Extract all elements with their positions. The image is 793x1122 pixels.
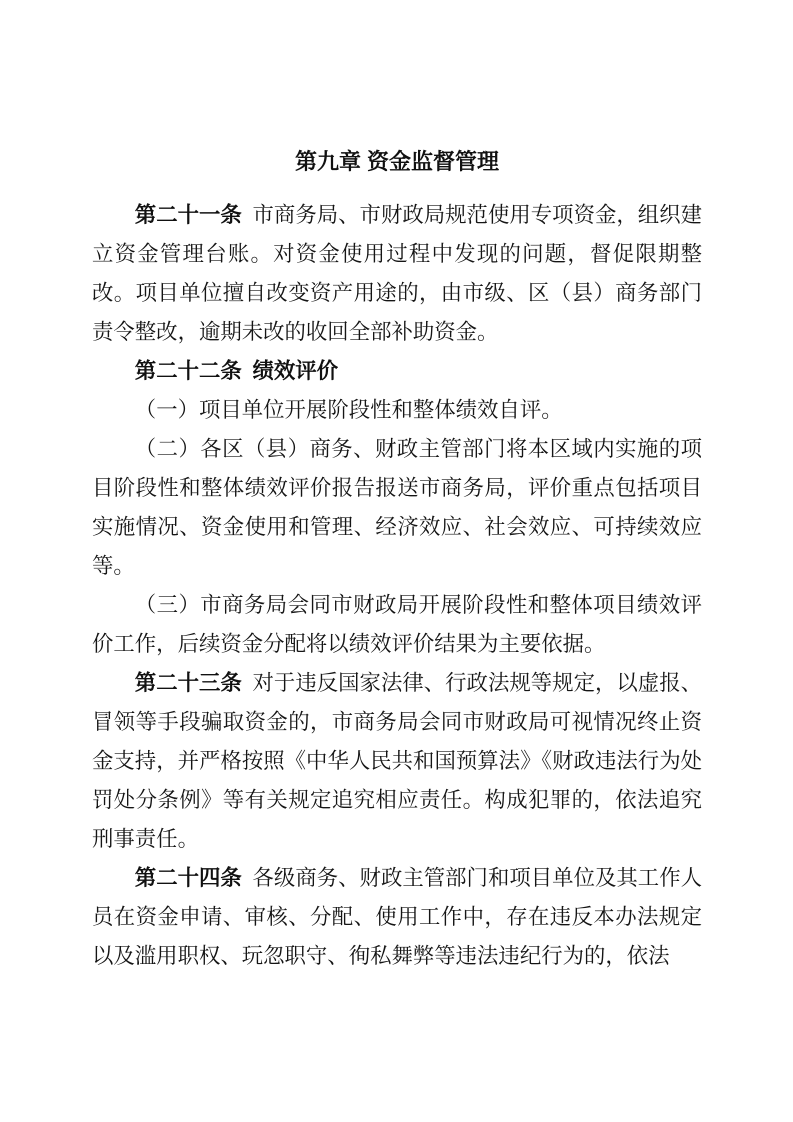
article-22-item-3: （三）市商务局会同市财政局开展阶段性和整体项目绩效评价工作，后续资金分配将以绩效… <box>92 586 702 664</box>
document-body: 第二十一条市商务局、市财政局规范使用专项资金，组织建立资金管理台账。对资金使用过… <box>92 196 702 976</box>
article-22-heading: 第二十二条绩效评价 <box>92 352 702 391</box>
article-22-item-2-text: （二）各区（县）商务、财政主管部门将本区域内实施的项目阶段性和整体绩效评价报告报… <box>92 437 702 578</box>
chapter-title: 第九章 资金监督管理 <box>92 142 702 182</box>
article-22-item-3-text: （三）市商务局会同市财政局开展阶段性和整体项目绩效评价工作，后续资金分配将以绩效… <box>92 593 702 656</box>
article-23-label: 第二十三条 <box>135 671 242 695</box>
article-22-item-1-text: （一）项目单位开展阶段性和整体绩效自评。 <box>135 398 563 422</box>
document-page: 第九章 资金监督管理 第二十一条市商务局、市财政局规范使用专项资金，组织建立资金… <box>0 0 793 1122</box>
article-22-title: 绩效评价 <box>252 359 338 383</box>
article-22-label: 第二十二条 <box>135 359 242 383</box>
article-22-item-2: （二）各区（县）商务、财政主管部门将本区域内实施的项目阶段性和整体绩效评价报告报… <box>92 430 702 586</box>
article-23-text: 对于违反国家法律、行政法规等规定，以虚报、冒领等手段骗取资金的，市商务局会同市财… <box>92 671 702 851</box>
article-24: 第二十四条各级商务、财政主管部门和项目单位及其工作人员在资金申请、审核、分配、使… <box>92 859 702 976</box>
article-24-label: 第二十四条 <box>135 866 242 890</box>
article-21: 第二十一条市商务局、市财政局规范使用专项资金，组织建立资金管理台账。对资金使用过… <box>92 196 702 352</box>
article-23: 第二十三条对于违反国家法律、行政法规等规定，以虚报、冒领等手段骗取资金的，市商务… <box>92 664 702 859</box>
article-21-label: 第二十一条 <box>135 203 242 227</box>
article-22-item-1: （一）项目单位开展阶段性和整体绩效自评。 <box>92 391 702 430</box>
